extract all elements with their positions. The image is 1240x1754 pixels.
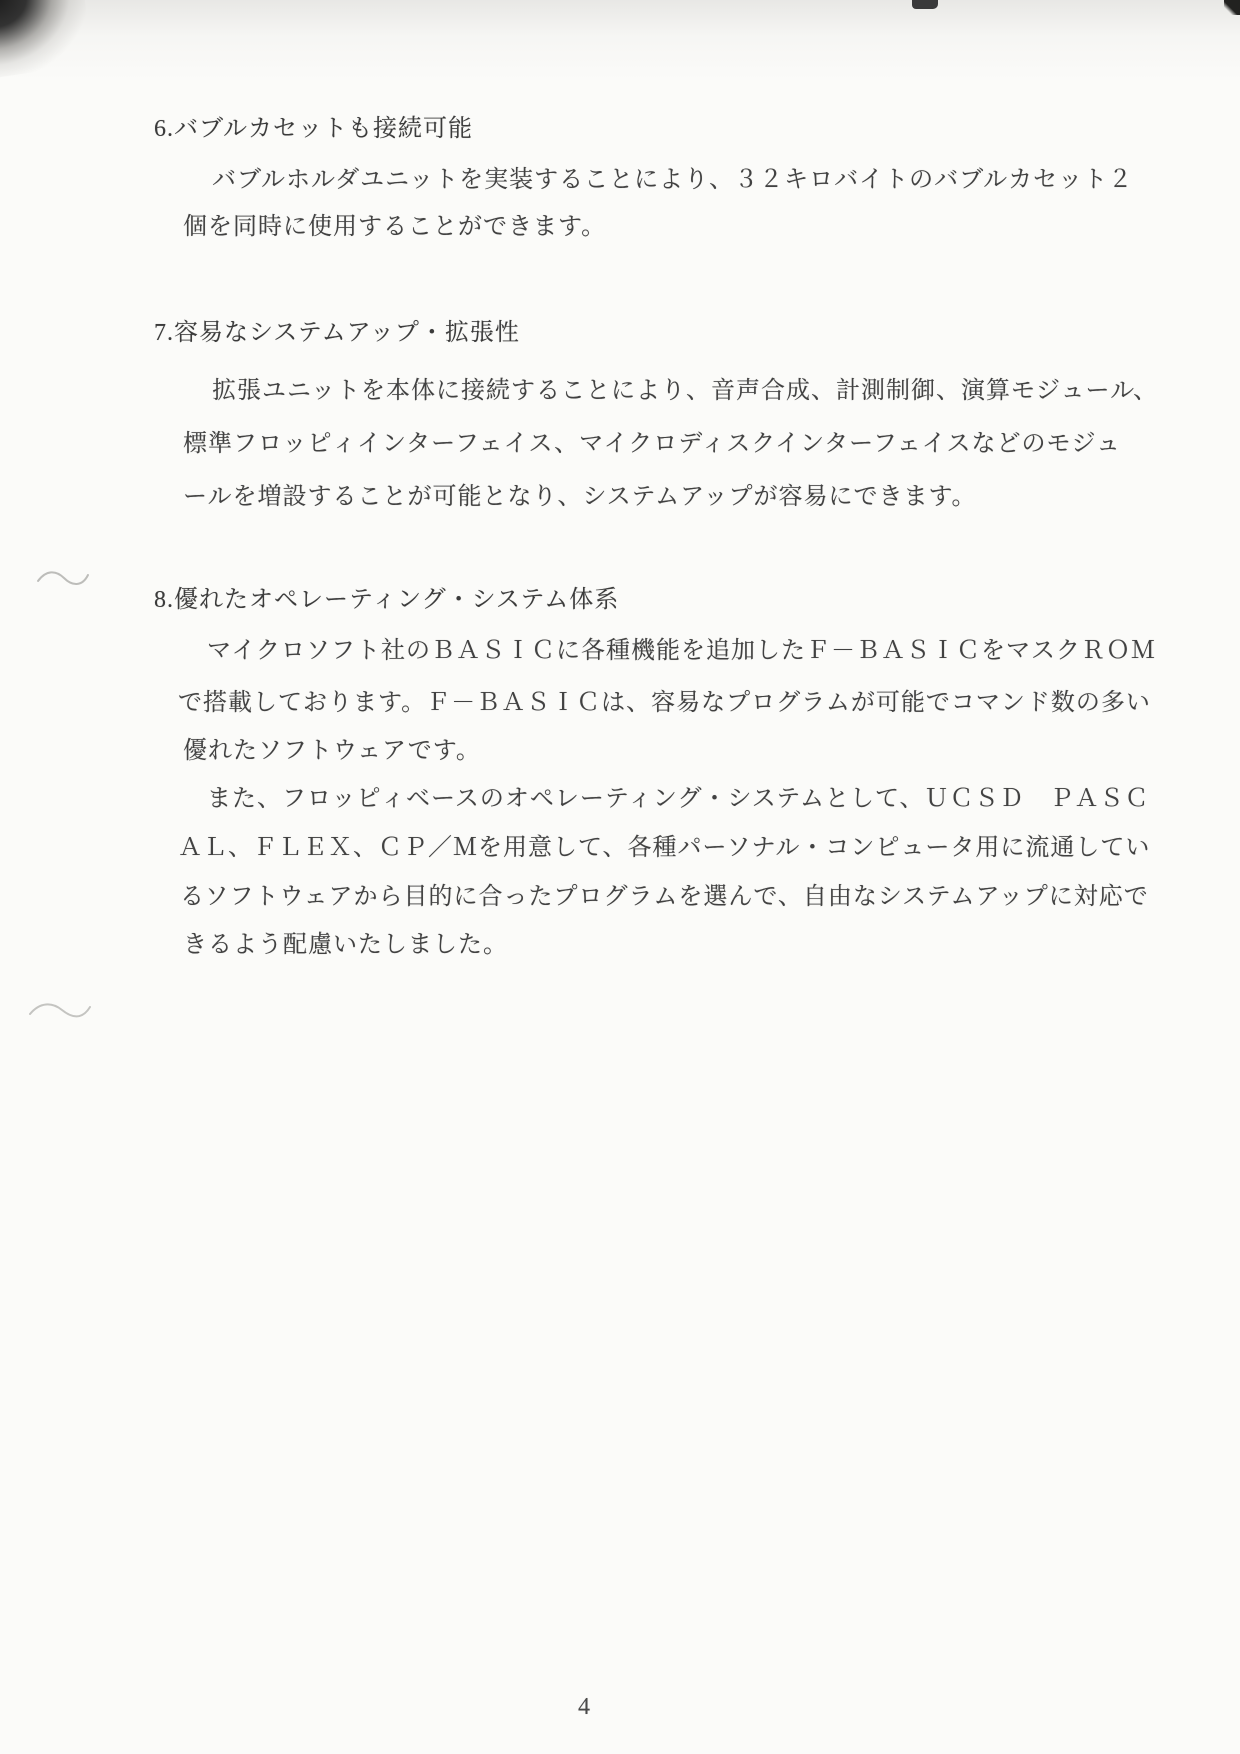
scan-artifact-pencil-squiggle-2 <box>28 996 92 1026</box>
section-8-paragraph-line: マイクロソフト社のＢＡＳＩＣに各種機能を追加したＦ－ＢＡＳＩＣをマスクＲＯＭ <box>207 636 1156 666</box>
section-6-paragraph-line: バブルホルダユニットを実装することにより、３２キロバイトのバブルカセット２ <box>212 165 1133 195</box>
scan-shading <box>0 0 1240 80</box>
scan-artifact-top-left-corner <box>0 0 94 79</box>
section-6-heading: 6.バブルカセットも接続可能 <box>154 114 473 144</box>
section-8-paragraph-line: 優れたソフトウェアです。 <box>183 736 481 766</box>
scan-artifact-top-right-corner <box>1224 0 1240 15</box>
section-7-paragraph-line: 標準フロッピィインターフェイス、マイクロディスクインターフェイスなどのモジュ <box>183 429 1121 459</box>
section-7-paragraph-line: 拡張ユニットを本体に接続することにより、音声合成、計測制御、演算モジュール、 <box>212 376 1158 406</box>
page-number: 4 <box>578 1694 590 1721</box>
section-8-paragraph-line: また、フロッピィベースのオペレーティング・システムとして、ＵＣＳＤ ＰＡＳＣ <box>207 784 1150 814</box>
section-8-paragraph-line: で搭載しております。Ｆ－ＢＡＳＩＣは、容易なプログラムが可能でコマンド数の多い <box>178 688 1151 718</box>
scanned-document-page: 6.バブルカセットも接続可能 バブルホルダユニットを実装することにより、３２キロ… <box>0 0 1240 1754</box>
section-7-paragraph-line: ールを増設することが可能となり、システムアップが容易にできます。 <box>183 482 977 512</box>
section-8-heading: 8.優れたオペレーティング・システム体系 <box>154 585 619 615</box>
scan-artifact-pencil-squiggle-1 <box>36 565 90 593</box>
scan-artifact-top-mark <box>912 0 938 9</box>
section-6-paragraph-line: 個を同時に使用することができます。 <box>183 212 606 242</box>
section-8-paragraph-line: るソフトウェアから目的に合ったプログラムを選んで、自由なシステムアップに対応で <box>180 882 1149 912</box>
section-8-paragraph-line: ＡＬ、ＦＬＥＸ、ＣＰ／Ｍを用意して、各種パーソナル・コンピュータ用に流通してい <box>178 833 1150 863</box>
section-7-heading: 7.容易なシステムアップ・拡張性 <box>154 318 520 348</box>
section-8-paragraph-line: きるよう配慮いたしました。 <box>183 930 508 960</box>
